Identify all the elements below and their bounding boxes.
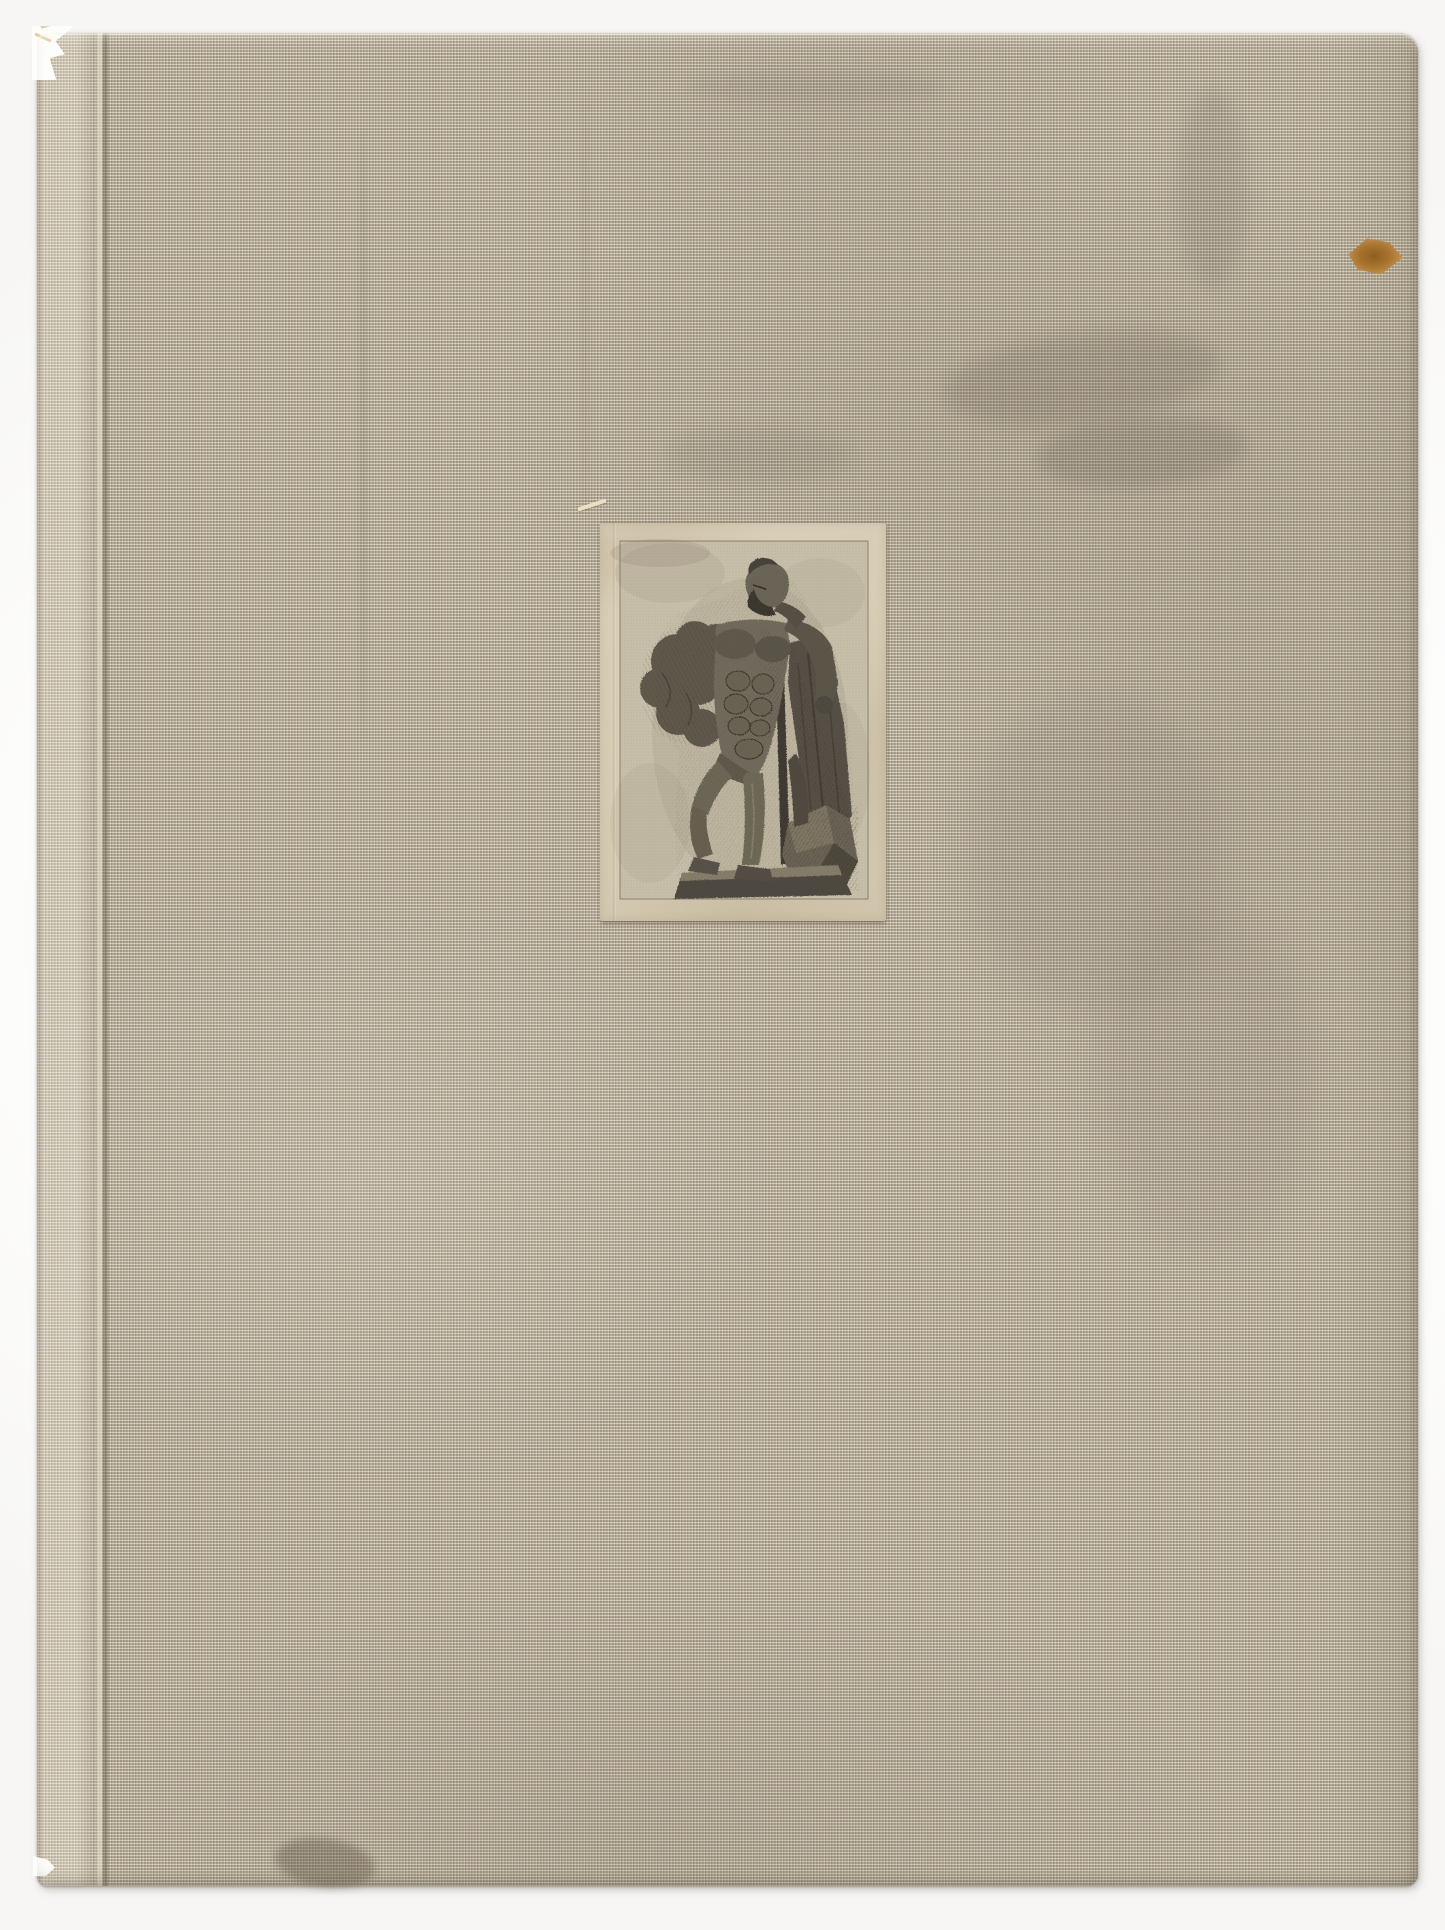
dark-smudge-bottom-left xyxy=(272,1832,378,1893)
frayed-thread xyxy=(40,18,66,29)
book-front-cover xyxy=(37,33,1418,1886)
spine-hinge-groove xyxy=(93,33,111,1886)
pasted-engraving xyxy=(600,523,886,921)
faint-streak-top xyxy=(687,73,947,103)
vertical-crease xyxy=(582,88,588,518)
frayed-thread xyxy=(34,32,52,42)
loose-thread xyxy=(577,498,607,511)
grey-smudge xyxy=(665,428,855,483)
faint-soiling xyxy=(1097,913,1317,1253)
grey-smudge xyxy=(1177,88,1247,288)
hercules-etching xyxy=(600,523,886,921)
photograph xyxy=(0,0,1445,1930)
book-spine xyxy=(37,33,101,1886)
vertical-crease xyxy=(359,123,367,743)
rust-stain xyxy=(1345,236,1403,276)
